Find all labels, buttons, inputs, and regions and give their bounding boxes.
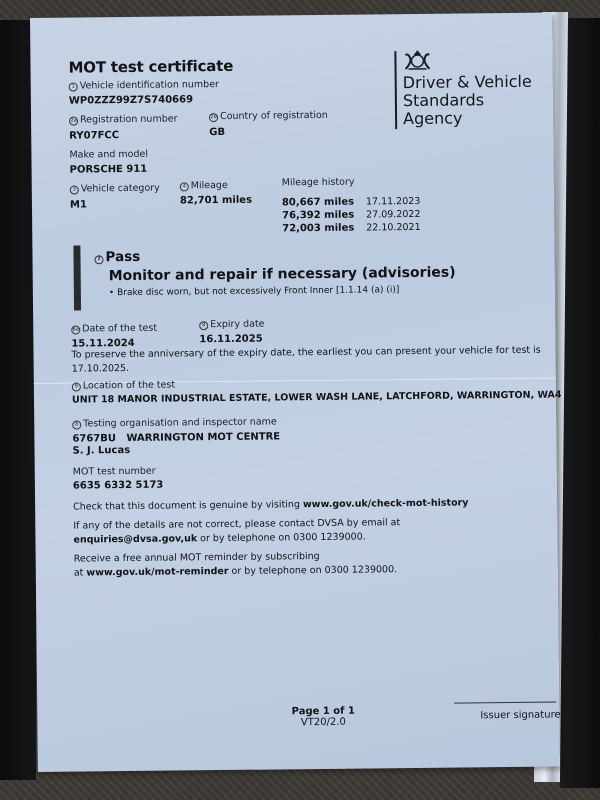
location-label: 9Location of the test (72, 380, 175, 392)
contact-notice-line1: If any of the details are not correct, p… (73, 517, 400, 531)
country-label: 2bCountry of registration (209, 110, 328, 122)
field-number-icon: 2a (69, 117, 78, 126)
agency-name: Driver & Vehicle Standards Agency (403, 73, 533, 128)
agency-line-1: Driver & Vehicle (403, 73, 532, 92)
testing-org-code: 6767BU (72, 433, 116, 444)
check-mot-history-link: www.gov.uk/check-mot-history (303, 497, 469, 510)
agency-line-2: Standards (403, 91, 532, 110)
contact-email: enquiries@dvsa.gov,uk (73, 533, 197, 545)
field-number-icon: 8 (199, 321, 208, 330)
vin-value: WP0ZZZ99Z7S740669 (69, 94, 193, 106)
registration-label: 2aRegistration number (69, 113, 177, 125)
genuine-notice: Check that this document is genuine by v… (73, 497, 468, 512)
test-date-value: 15.11.2024 (71, 338, 134, 350)
testing-org-name: WARRINGTON MOT CENTRE (126, 431, 280, 444)
expiry-date-value: 16.11.2025 (199, 334, 262, 346)
field-number-icon: 3 (70, 185, 79, 194)
mileage-history-label: Mileage history (282, 177, 355, 189)
location-value: UNIT 18 MANOR INDUSTRIAL ESTATE, LOWER W… (72, 389, 585, 405)
page-footer: Page 1 of 1 VT20/2.0 (283, 706, 363, 729)
registration-value: RY07FCC (69, 130, 119, 142)
reminder-notice-line2: at www.gov.uk/mot-reminder or by telepho… (74, 564, 397, 578)
field-number-icon: 9 (72, 382, 81, 391)
mileage-value: 82,701 miles (180, 195, 252, 207)
reminder-notice-line1: Receive a free annual MOT reminder by su… (74, 551, 320, 565)
expiry-date-label: 8Expiry date (199, 319, 264, 331)
form-code: VT20/2.0 (283, 717, 363, 729)
mileage-history-list: 80,667 miles17.11.2023 76,392 miles27.09… (282, 189, 421, 229)
agency-line-3: Agency (403, 109, 532, 128)
contact-notice-line2: enquiries@dvsa.gov,uk or by telephone on… (73, 532, 365, 546)
advisories-heading: Monitor and repair if necessary (advisor… (109, 265, 456, 285)
mot-reminder-link: www.gov.uk/mot-reminder (86, 566, 228, 578)
issuer-signature-label: Issuer signature (480, 709, 560, 721)
certificate-title: MOT test certificate (68, 57, 233, 77)
testing-org-value: 6767BU WARRINGTON MOT CENTRE (72, 431, 280, 444)
result-status: Pass (105, 249, 140, 265)
test-number-value: 6635 6332 5173 (73, 480, 164, 492)
test-date-label: 6aDate of the test (71, 323, 157, 335)
advisory-item: • Brake disc worn, but not excessively F… (109, 285, 400, 298)
make-model-value: PORSCHE 911 (70, 164, 148, 176)
mileage-history-row: 72,003 miles22.10.2021 (282, 215, 421, 229)
field-number-icon: 4 (180, 182, 189, 191)
testing-org-label: 8Testing organisation and inspector name (72, 416, 277, 429)
logo-divider (394, 51, 396, 129)
field-number-icon: 6a (71, 325, 80, 334)
anniversary-note: To preserve the anniversary of the expir… (71, 345, 540, 361)
inspector-name: S. J. Lucas (72, 445, 130, 457)
test-number-label: MOT test number (73, 466, 156, 478)
field-number-icon: 7 (94, 255, 103, 264)
royal-coat-of-arms-icon (402, 49, 432, 71)
mileage-label: 4Mileage (180, 180, 228, 192)
result-marker-bar (73, 245, 81, 310)
category-label: 3Vehicle category (70, 183, 160, 195)
anniversary-date: 17.10.2025. (72, 363, 130, 375)
country-value: GB (209, 127, 225, 138)
page-number: Page 1 of 1 (283, 706, 363, 718)
signature-line (454, 702, 556, 704)
mot-certificate: MOT test certificate Driver & Vehicle St… (30, 13, 560, 772)
field-number-icon: 8 (72, 420, 81, 429)
make-model-label: Make and model (69, 149, 148, 161)
category-value: M1 (70, 199, 87, 210)
field-number-icon: 2b (209, 113, 218, 122)
test-result: 7Pass (94, 249, 140, 265)
vin-label: 1Vehicle identification number (69, 79, 219, 92)
field-number-icon: 1 (69, 83, 78, 92)
